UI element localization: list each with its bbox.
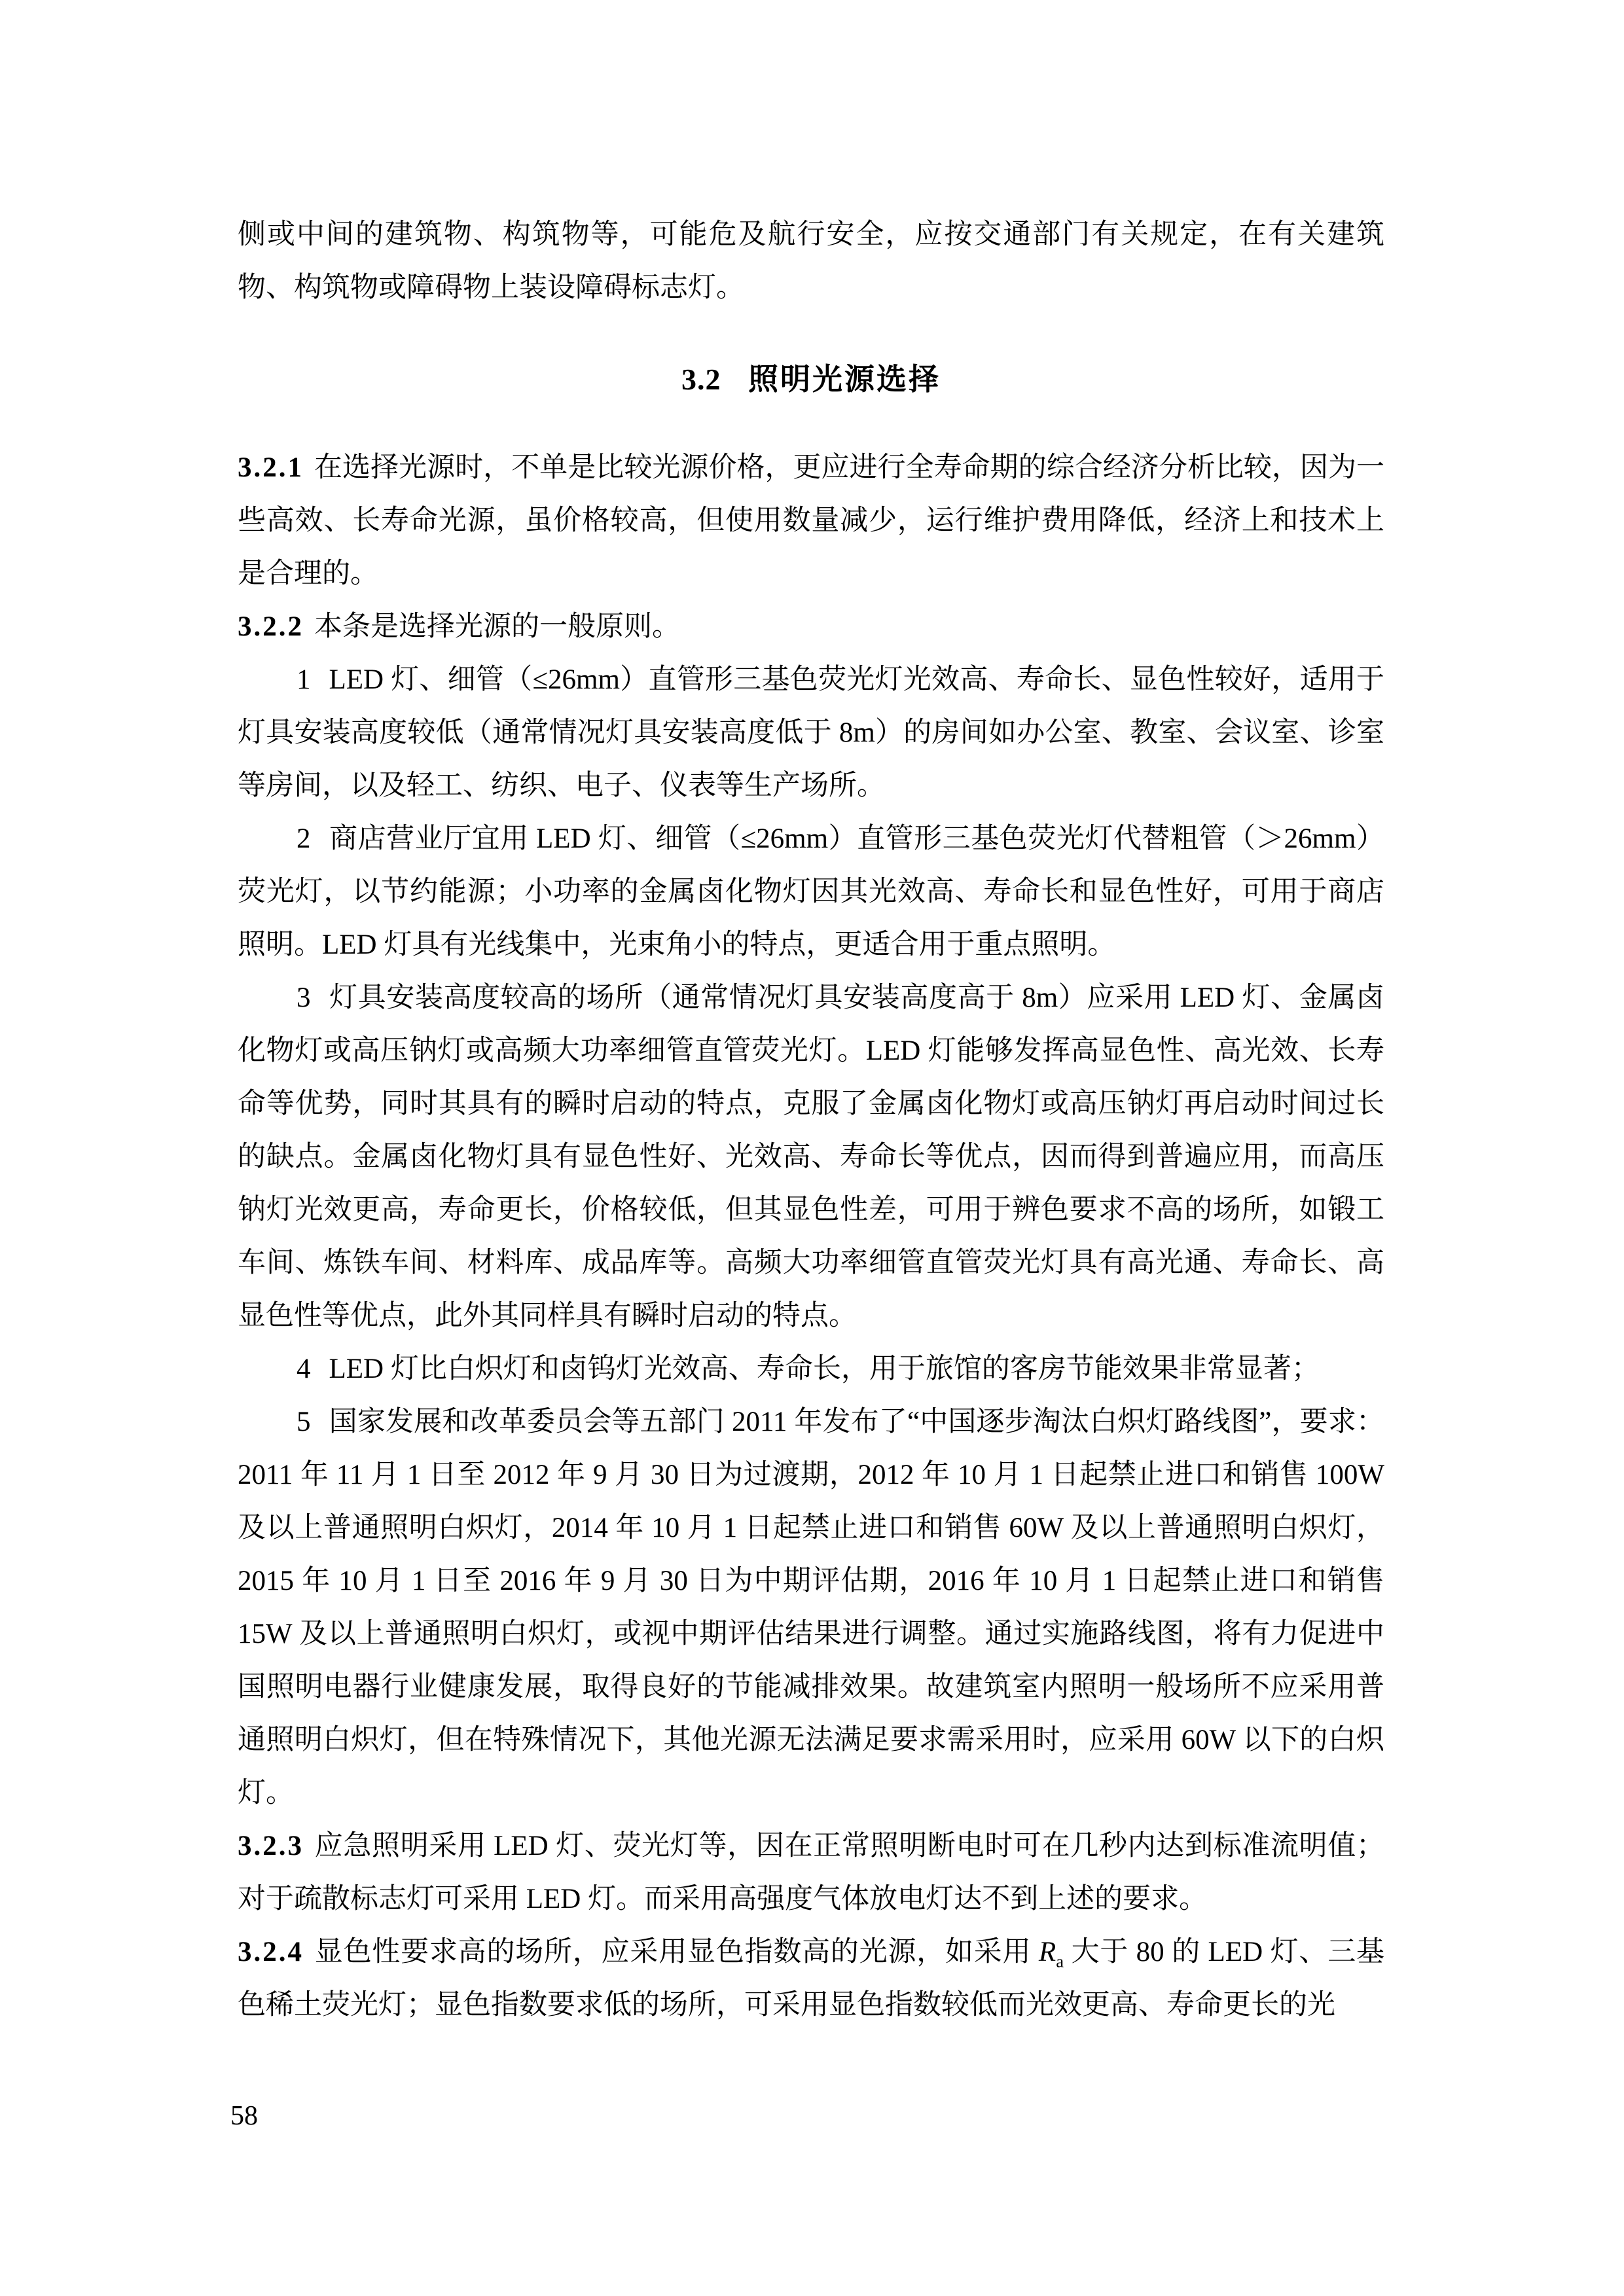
list-item-2: 2商店营业厅宜用 LED 灯、细管（≤26mm）直管形三基色荧光灯代替粗管（＞2… [238,812,1384,971]
section-heading-title: 照明光源选择 [748,362,941,396]
list-item-number: 5 [297,1407,311,1437]
list-item-number: 2 [297,823,311,854]
clause-3-2-3: 3.2.3应急照明采用 LED 灯、荧光灯等，因在正常照明断电时可在几秒内达到标… [238,1820,1384,1926]
document-page: 侧或中间的建筑物、构筑物等，可能危及航行安全，应按交通部门有关规定，在有关建筑物… [0,0,1624,2296]
section-heading-number: 3.2 [681,363,721,396]
page-content: 侧或中间的建筑物、构筑物等，可能危及航行安全，应按交通部门有关规定，在有关建筑物… [238,208,1384,2032]
section-heading: 3.2照明光源选择 [238,353,1384,406]
list-item-text: 灯具安装高度较高的场所（通常情况灯具安装高度高于 8m）应采用 LED 灯、金属… [238,982,1384,1331]
list-item-text: LED 灯比白炽灯和卤钨灯光效高、寿命长，用于旅馆的客房节能效果非常显著； [329,1354,1320,1384]
clause-number: 3.2.4 [238,1937,304,1967]
list-item-3: 3灯具安装高度较高的场所（通常情况灯具安装高度高于 8m）应采用 LED 灯、金… [238,971,1384,1342]
list-item-4: 4LED 灯比白炽灯和卤钨灯光效高、寿命长，用于旅馆的客房节能效果非常显著； [238,1342,1384,1395]
clause-text: 应急照明采用 LED 灯、荧光灯等，因在正常照明断电时可在几秒内达到标准流明值；… [238,1831,1384,1914]
clause-number: 3.2.1 [238,452,304,483]
clause-text: 本条是选择光源的一般原则。 [314,611,680,642]
list-item-number: 3 [297,982,311,1013]
clause-3-2-4: 3.2.4显色性要求高的场所，应采用显色指数高的光源，如采用 Ra 大于 80 … [238,1926,1384,2032]
list-item-1: 1LED 灯、细管（≤26mm）直管形三基色荧光灯光效高、寿命长、显色性较好，适… [238,653,1384,812]
paragraph-intro-continuation: 侧或中间的建筑物、构筑物等，可能危及航行安全，应按交通部门有关规定，在有关建筑物… [238,208,1384,314]
clause-text-before-ra: 显色性要求高的场所，应采用显色指数高的光源，如采用 [314,1937,1039,1967]
paragraph-text: 侧或中间的建筑物、构筑物等，可能危及航行安全，应按交通部门有关规定，在有关建筑物… [238,219,1384,303]
page-number: 58 [230,2090,258,2143]
list-item-text: LED 灯、细管（≤26mm）直管形三基色荧光灯光效高、寿命长、显色性较好，适用… [238,664,1384,801]
list-item-text: 商店营业厅宜用 LED 灯、细管（≤26mm）直管形三基色荧光灯代替粗管（＞26… [238,823,1384,960]
color-rendering-index-symbol: R [1039,1937,1056,1967]
clause-3-2-2: 3.2.2本条是选择光源的一般原则。 [238,600,1384,653]
clause-number: 3.2.3 [238,1831,304,1861]
list-item-number: 1 [297,664,311,695]
clause-3-2-1: 3.2.1在选择光源时，不单是比较光源价格，更应进行全寿命期的综合经济分析比较，… [238,441,1384,600]
list-item-number: 4 [297,1354,311,1384]
clause-number: 3.2.2 [238,611,304,642]
clause-text: 在选择光源时，不单是比较光源价格，更应进行全寿命期的综合经济分析比较，因为一些高… [238,452,1384,589]
list-item-5: 5国家发展和改革委员会等五部门 2011 年发布了“中国逐步淘汰白炽灯路线图”，… [238,1395,1384,1820]
list-item-text: 国家发展和改革委员会等五部门 2011 年发布了“中国逐步淘汰白炽灯路线图”，要… [238,1407,1384,1808]
color-rendering-index-subscript: a [1056,1952,1064,1971]
